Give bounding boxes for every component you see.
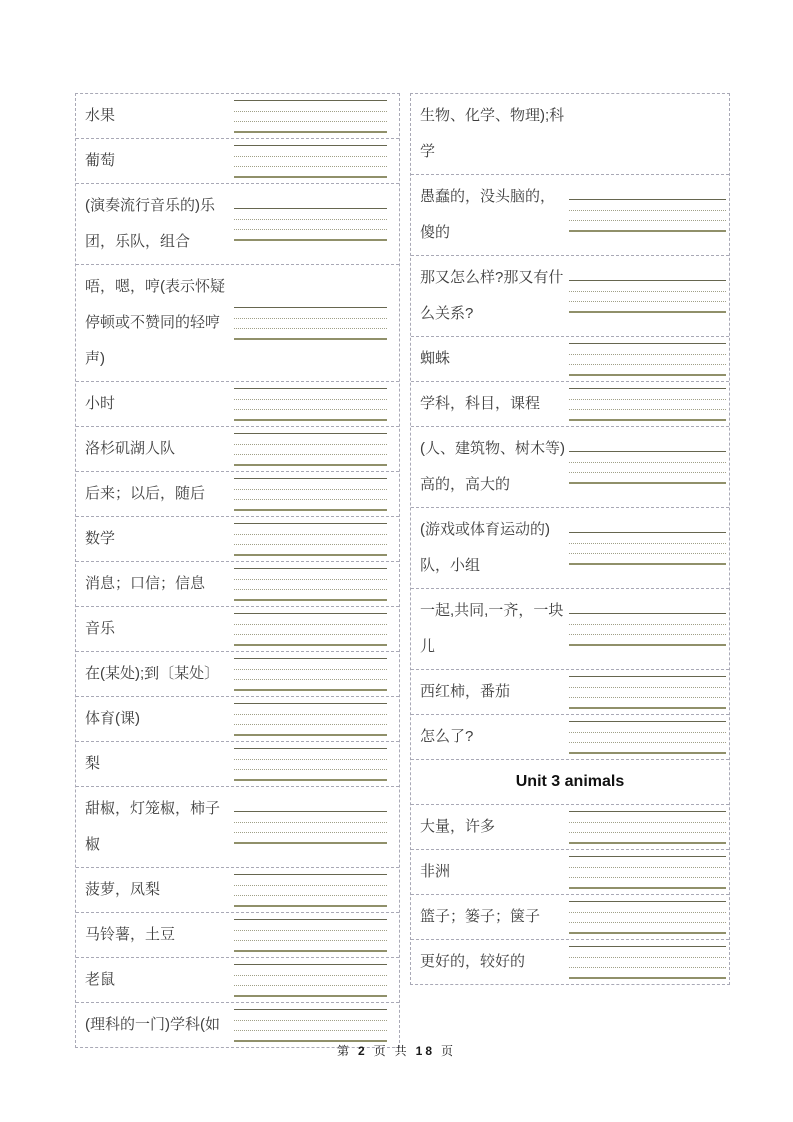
rule-line-solid-top (234, 433, 387, 434)
rule-line-dot2 (569, 832, 726, 833)
rule-line-solid-bottom (234, 554, 387, 556)
rule-line-solid-bottom (569, 932, 726, 934)
rule-line-solid-top (234, 208, 387, 209)
term-chinese: 蜘蛛 (411, 341, 569, 377)
rule-line-solid-bottom (234, 239, 387, 241)
rule-line-dot1 (234, 219, 387, 220)
writing-lines (569, 721, 726, 754)
term-chinese: 怎么了? (411, 719, 569, 755)
writing-lines (569, 946, 726, 979)
term-chinese: 数学 (76, 521, 234, 557)
rule-line-dot2 (569, 634, 726, 635)
rule-line-dot1 (569, 399, 726, 400)
writing-lines (234, 145, 387, 178)
rule-line-solid-top (569, 613, 726, 614)
rule-line-solid-bottom (569, 230, 726, 232)
rule-line-dot2 (569, 364, 726, 365)
rule-line-dot2 (234, 328, 387, 329)
rule-line-dot2 (234, 454, 387, 455)
vocab-row: 老鼠 (76, 958, 399, 1003)
vocab-row: 数学 (76, 517, 399, 562)
term-chinese: 小时 (76, 386, 234, 422)
vocab-row: 洛杉矶湖人队 (76, 427, 399, 472)
term-chinese: 梨 (76, 746, 234, 782)
rule-line-solid-top (234, 748, 387, 749)
vocab-row: 非洲 (411, 850, 729, 895)
rule-line-dot2 (569, 967, 726, 968)
rule-line-dot2 (569, 742, 726, 743)
rule-line-dot2 (234, 769, 387, 770)
rule-line-solid-top (569, 901, 726, 902)
rule-line-solid-bottom (234, 950, 387, 952)
rule-line-solid-bottom (234, 689, 387, 691)
rule-line-dot2 (234, 589, 387, 590)
rule-line-solid-bottom (569, 842, 726, 844)
writing-lines (569, 856, 726, 889)
writing-lines (569, 613, 726, 646)
term-chinese: 在(某处);到〔某处〕 (76, 656, 234, 692)
term-chinese: (理科的一门)学科(如 (76, 1007, 234, 1043)
rule-line-solid-bottom (234, 176, 387, 178)
rule-line-dot2 (234, 985, 387, 986)
rule-line-dot1 (234, 111, 387, 112)
rule-line-dot2 (234, 166, 387, 167)
page-footer: 第 2 页 共 18 页 (0, 1042, 793, 1059)
rule-line-solid-bottom (234, 338, 387, 340)
rule-line-dot2 (234, 832, 387, 833)
rule-line-solid-top (234, 811, 387, 812)
rule-line-solid-top (569, 280, 726, 281)
rule-line-solid-top (569, 676, 726, 677)
vocab-row: 西红柿，番茄 (411, 670, 729, 715)
writing-lines (234, 658, 387, 691)
rule-line-dot1 (234, 975, 387, 976)
rule-line-solid-top (234, 658, 387, 659)
rule-line-dot1 (569, 462, 726, 463)
rule-line-solid-top (234, 388, 387, 389)
rule-line-dot1 (569, 957, 726, 958)
writing-lines (569, 388, 726, 421)
term-chinese: 葡萄 (76, 143, 234, 179)
vocab-row: 学科，科目，课程 (411, 382, 729, 427)
rule-line-solid-top (569, 199, 726, 200)
rule-line-solid-bottom (569, 482, 726, 484)
rule-line-dot2 (234, 895, 387, 896)
vocab-row: 小时 (76, 382, 399, 427)
vocab-table-right: 生物、化学、物理);科学愚蠢的，没头脑的，傻的那又怎么样?那又有什么关系?蜘蛛学… (410, 93, 730, 985)
rule-line-dot1 (234, 489, 387, 490)
writing-lines (569, 532, 726, 565)
vocab-row: 水果 (76, 94, 399, 139)
term-chinese: 大量，许多 (411, 809, 569, 845)
rule-line-dot1 (234, 930, 387, 931)
rule-line-solid-bottom (569, 644, 726, 646)
term-chinese: 老鼠 (76, 962, 234, 998)
rule-line-dot2 (234, 1030, 387, 1031)
rule-line-dot1 (234, 822, 387, 823)
vocab-row: 愚蠢的，没头脑的，傻的 (411, 175, 729, 256)
rule-line-dot2 (234, 679, 387, 680)
writing-lines (569, 901, 726, 934)
rule-line-solid-bottom (569, 977, 726, 979)
term-chinese: 甜椒，灯笼椒，柿子椒 (76, 791, 234, 863)
rule-line-dot1 (234, 669, 387, 670)
vocab-row: 在(某处);到〔某处〕 (76, 652, 399, 697)
rule-line-solid-top (234, 1009, 387, 1010)
term-chinese: 西红柿，番茄 (411, 674, 569, 710)
vocab-row: 那又怎么样?那又有什么关系? (411, 256, 729, 337)
rule-line-dot1 (569, 867, 726, 868)
rule-line-dot2 (234, 544, 387, 545)
rule-line-solid-bottom (569, 752, 726, 754)
rule-line-solid-bottom (234, 995, 387, 997)
writing-lines (234, 811, 387, 844)
writing-lines (569, 811, 726, 844)
rule-line-solid-bottom (234, 842, 387, 844)
vocab-row: 马铃薯，土豆 (76, 913, 399, 958)
rule-line-dot2 (569, 697, 726, 698)
term-chinese: 体育(课) (76, 701, 234, 737)
rule-line-dot1 (569, 210, 726, 211)
term-chinese: 马铃薯，土豆 (76, 917, 234, 953)
writing-lines (234, 523, 387, 556)
rule-line-dot2 (569, 301, 726, 302)
rule-line-solid-top (234, 523, 387, 524)
rule-line-solid-top (569, 343, 726, 344)
term-chinese: 洛杉矶湖人队 (76, 431, 234, 467)
vocab-row: 菠萝，凤梨 (76, 868, 399, 913)
vocab-row: 生物、化学、物理);科学 (411, 94, 729, 175)
term-chinese: 学科，科目，课程 (411, 386, 569, 422)
rule-line-solid-top (569, 388, 726, 389)
writing-lines (234, 307, 387, 340)
rule-line-dot1 (569, 732, 726, 733)
rule-line-solid-bottom (569, 887, 726, 889)
footer-total-pages: 18 (416, 1044, 435, 1058)
rule-line-solid-bottom (234, 464, 387, 466)
footer-suffix: 页 (441, 1044, 456, 1058)
writing-lines (234, 1009, 387, 1042)
rule-line-dot1 (569, 822, 726, 823)
writing-lines (234, 964, 387, 997)
rule-line-solid-bottom (234, 779, 387, 781)
rule-line-dot2 (234, 121, 387, 122)
rule-line-solid-top (569, 856, 726, 857)
rule-line-dot1 (234, 1020, 387, 1021)
term-chinese: 更好的，较好的 (411, 944, 569, 980)
rule-line-solid-bottom (569, 311, 726, 313)
vocab-row: 唔，嗯，哼(表示怀疑停顿或不赞同的轻哼声) (76, 265, 399, 382)
rule-line-solid-bottom (569, 707, 726, 709)
vocab-table-left: 水果葡萄(演奏流行音乐的)乐团，乐队，组合唔，嗯，哼(表示怀疑停顿或不赞同的轻哼… (75, 93, 400, 1048)
rule-line-solid-top (234, 874, 387, 875)
rule-line-solid-bottom (234, 419, 387, 421)
rule-line-dot1 (569, 543, 726, 544)
rule-line-solid-bottom (569, 563, 726, 565)
unit-header-row: Unit 3 animals (411, 760, 729, 805)
rule-line-dot1 (234, 759, 387, 760)
rule-line-solid-top (569, 721, 726, 722)
writing-lines (234, 433, 387, 466)
vocab-row: 葡萄 (76, 139, 399, 184)
rule-line-solid-top (234, 964, 387, 965)
writing-lines (234, 703, 387, 736)
vocab-row: (游戏或体育运动的)队，小组 (411, 508, 729, 589)
rule-line-dot2 (234, 634, 387, 635)
rule-line-dot1 (234, 318, 387, 319)
footer-prefix: 第 (337, 1044, 352, 1058)
footer-page-number: 2 (358, 1044, 368, 1058)
term-chinese: 那又怎么样?那又有什么关系? (411, 260, 569, 332)
rule-line-solid-top (234, 568, 387, 569)
unit-header-title: Unit 3 animals (516, 764, 624, 800)
rule-line-dot1 (234, 714, 387, 715)
vocab-row: 更好的，较好的 (411, 940, 729, 984)
vocab-row: 甜椒，灯笼椒，柿子椒 (76, 787, 399, 868)
term-chinese: 消息；口信；信息 (76, 566, 234, 602)
rule-line-solid-top (569, 946, 726, 947)
rule-line-solid-bottom (234, 599, 387, 601)
term-chinese: 生物、化学、物理);科学 (411, 98, 569, 170)
term-chinese: 水果 (76, 98, 234, 134)
rule-line-solid-top (569, 811, 726, 812)
rule-line-dot2 (569, 472, 726, 473)
term-chinese: 后来；以后，随后 (76, 476, 234, 512)
rule-line-dot2 (234, 409, 387, 410)
rule-line-solid-top (569, 532, 726, 533)
writing-lines (569, 343, 726, 376)
term-chinese: (游戏或体育运动的)队，小组 (411, 512, 569, 584)
vocab-row: 消息；口信；信息 (76, 562, 399, 607)
rule-line-solid-top (234, 100, 387, 101)
rule-line-solid-bottom (234, 131, 387, 133)
term-chinese: 一起,共同,一齐，一块儿 (411, 593, 569, 665)
rule-line-dot2 (569, 877, 726, 878)
writing-lines (234, 388, 387, 421)
writing-lines (234, 568, 387, 601)
rule-line-solid-top (234, 307, 387, 308)
writing-lines (234, 478, 387, 511)
rule-line-dot1 (234, 579, 387, 580)
vocab-row: 体育(课) (76, 697, 399, 742)
vocab-row: 怎么了? (411, 715, 729, 760)
rule-line-solid-bottom (569, 374, 726, 376)
rule-line-dot1 (234, 624, 387, 625)
vocab-row: (人、建筑物、树木等)高的，高大的 (411, 427, 729, 508)
rule-line-solid-bottom (234, 905, 387, 907)
rule-line-dot2 (569, 220, 726, 221)
vocab-row: 蜘蛛 (411, 337, 729, 382)
rule-line-dot2 (569, 409, 726, 410)
rule-line-dot2 (234, 724, 387, 725)
rule-line-solid-top (234, 703, 387, 704)
term-chinese: 音乐 (76, 611, 234, 647)
rule-line-dot1 (569, 624, 726, 625)
term-chinese: 愚蠢的，没头脑的，傻的 (411, 179, 569, 251)
writing-lines (234, 613, 387, 646)
rule-line-dot2 (234, 940, 387, 941)
rule-line-solid-top (234, 145, 387, 146)
rule-line-dot1 (234, 444, 387, 445)
rule-line-solid-bottom (569, 419, 726, 421)
rule-line-dot1 (569, 291, 726, 292)
rule-line-dot2 (234, 499, 387, 500)
rule-line-solid-bottom (234, 509, 387, 511)
writing-lines (569, 451, 726, 484)
term-chinese: 菠萝，凤梨 (76, 872, 234, 908)
rule-line-dot1 (234, 399, 387, 400)
writing-lines (234, 874, 387, 907)
writing-lines (569, 676, 726, 709)
footer-middle: 页 共 (374, 1044, 410, 1058)
term-chinese: 唔，嗯，哼(表示怀疑停顿或不赞同的轻哼声) (76, 269, 234, 377)
term-chinese: (人、建筑物、树木等)高的，高大的 (411, 431, 569, 503)
writing-lines (569, 199, 726, 232)
rule-line-solid-top (234, 919, 387, 920)
term-chinese: (演奏流行音乐的)乐团，乐队，组合 (76, 188, 234, 260)
rule-line-solid-bottom (234, 644, 387, 646)
term-chinese: 非洲 (411, 854, 569, 890)
rule-line-dot2 (569, 922, 726, 923)
writing-lines (569, 280, 726, 313)
rule-line-dot1 (234, 534, 387, 535)
rule-line-dot2 (234, 229, 387, 230)
writing-lines (234, 100, 387, 133)
vocab-row: 梨 (76, 742, 399, 787)
rule-line-dot1 (569, 912, 726, 913)
vocab-row: (演奏流行音乐的)乐团，乐队，组合 (76, 184, 399, 265)
rule-line-dot2 (569, 553, 726, 554)
writing-lines (234, 748, 387, 781)
vocab-row: 大量，许多 (411, 805, 729, 850)
rule-line-solid-top (234, 478, 387, 479)
vocab-row: 篮子；篓子；箧子 (411, 895, 729, 940)
writing-lines (234, 919, 387, 952)
vocab-row: 一起,共同,一齐，一块儿 (411, 589, 729, 670)
rule-line-solid-bottom (234, 734, 387, 736)
rule-line-dot1 (234, 156, 387, 157)
rule-line-dot1 (569, 354, 726, 355)
rule-line-solid-top (234, 613, 387, 614)
rule-line-dot1 (234, 885, 387, 886)
rule-line-dot1 (569, 687, 726, 688)
vocab-row: 后来；以后，随后 (76, 472, 399, 517)
term-chinese: 篮子；篓子；箧子 (411, 899, 569, 935)
writing-lines (234, 208, 387, 241)
vocab-row: 音乐 (76, 607, 399, 652)
vocab-row: (理科的一门)学科(如 (76, 1003, 399, 1047)
rule-line-solid-top (569, 451, 726, 452)
worksheet-page: 水果葡萄(演奏流行音乐的)乐团，乐队，组合唔，嗯，哼(表示怀疑停顿或不赞同的轻哼… (0, 0, 793, 1122)
